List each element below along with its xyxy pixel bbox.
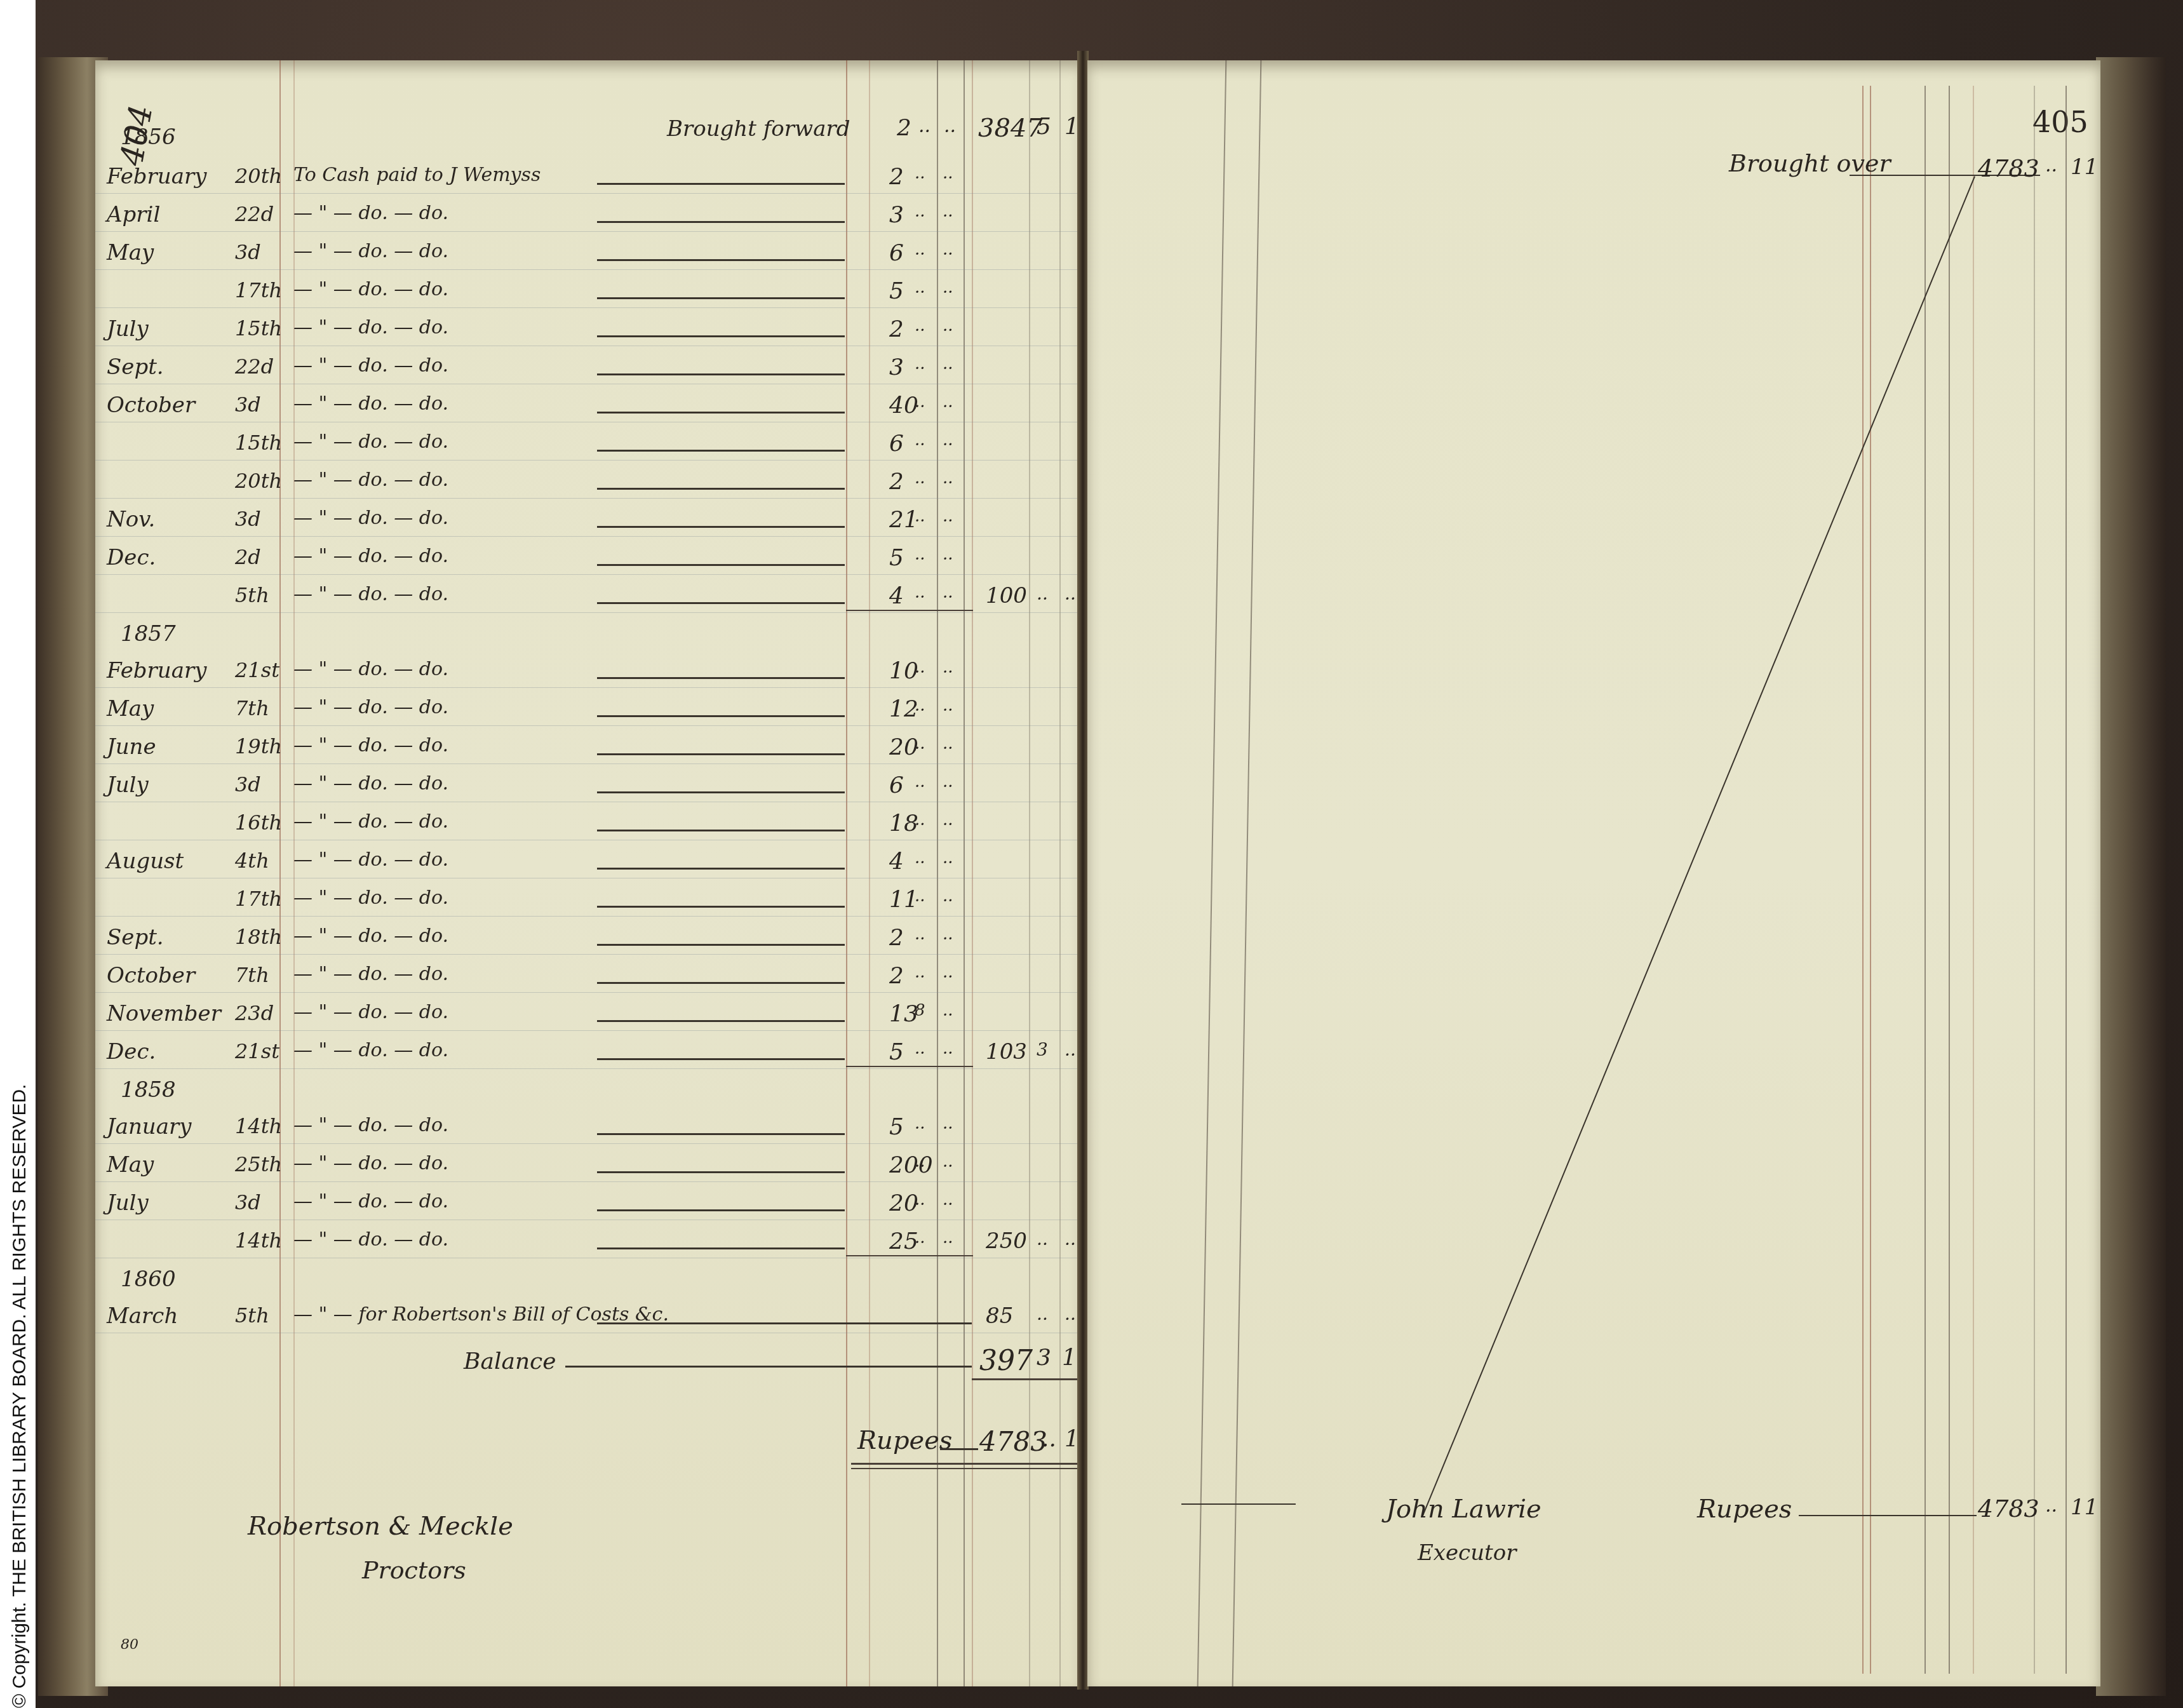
entry-day: 3d [235,1190,261,1214]
entry-leader-line [597,1020,845,1022]
entry-leader-line [597,715,845,717]
entry-day: 25th [235,1152,282,1176]
entry-day: 3d [235,772,261,797]
column-rule-right-2 [1232,60,1262,1686]
entry-description: — " — do. — do. [293,734,448,756]
entry-month: July [107,772,149,798]
entry-annas: .. [915,469,925,488]
entry-pice: .. [943,164,953,183]
entry-leader-line [597,982,845,984]
ledger-row-rule [95,725,1083,726]
ledger-row-rule [95,422,1083,422]
balance-underline [972,1378,1080,1380]
entry-annas: .. [915,1228,925,1247]
entry-pice: .. [943,1114,953,1133]
entry-description: — " — do. — do. [293,469,448,491]
entry-description: — " — do. — do. [293,545,448,567]
entry-pice: .. [943,545,953,564]
entry-day: 4th [235,849,269,873]
subtotal-pice: .. [1065,1039,1076,1060]
column-rule-right-6 [1949,86,1950,1674]
entry-description: To Cash paid to J Wemyss [293,164,541,186]
ledger-row-rule [95,687,1083,688]
entry-leader-line [597,1209,845,1211]
entry-rupees: 5 [889,1114,904,1140]
column-rule-right-9 [2065,86,2067,1674]
entry-day: 19th [235,734,282,758]
entry-description: — " — do. — do. [293,887,448,909]
ledger-row-rule [95,1220,1083,1220]
entry-pice: .. [943,734,953,753]
entry-day: 22d [235,202,274,226]
entry-description: — " — do. — do. [293,810,448,833]
ledger-row-rule [95,1030,1083,1031]
entry-description: — " — do. — do. [293,393,448,415]
ledger-row-rule [95,269,1083,270]
entry-pice: .. [943,354,953,373]
right-total-label: Rupees [1697,1495,1792,1524]
executor-signature: John Lawrie [1386,1495,1542,1524]
entry-rupees: 40 [889,393,918,419]
ledger-row-rule [95,460,1083,461]
entry-day: 5th [235,1303,269,1328]
entry-rupees: 21 [889,507,918,533]
entry-rupees: 11 [889,887,918,913]
total-label: Rupees [857,1426,952,1455]
entry-rupees: 200 [889,1152,933,1178]
subtotal-pice: .. [1065,1228,1076,1249]
entry-leader-line [597,830,845,831]
entry-day: 21st [235,658,279,682]
entry-pice: .. [943,1039,953,1058]
entry-day: 2d [235,545,261,569]
entry-pice: .. [943,1152,953,1171]
subtotal-annas: .. [1037,583,1048,604]
entry-pice: .. [943,1001,953,1020]
entry-leader-line [597,1058,845,1060]
entry-month: Dec. [107,545,156,570]
entry-leader-line [597,297,845,299]
entry-annas: .. [915,849,925,868]
right-total-leader-line [1799,1515,1977,1516]
entry-rupees: 20 [889,734,918,760]
right-total-annas: .. [2045,1495,2057,1517]
entry-month: March [107,1303,178,1329]
entry-rupees: 2 [889,469,904,495]
entry-description: — " — do. — do. [293,583,448,605]
ledger-row-rule [95,1258,1083,1258]
entry-annas: .. [915,658,925,677]
entry-pice: .. [943,278,953,297]
year-heading: 1860 [121,1267,176,1292]
entry-month: Dec. [107,1039,156,1065]
column-rule-right-8 [2034,86,2035,1674]
entry-pice: .. [943,1190,953,1209]
column-rule-rupees [846,60,847,1686]
entry-pice: .. [943,240,953,259]
entry-pice: .. [943,583,953,602]
brought-over-label: Brought over [1729,149,1891,177]
entry-annas: .. [915,925,925,944]
entry-description: — " — do. — do. [293,1190,448,1213]
entry-description: — " — do. — do. [293,1114,448,1136]
total-double-underline-1 [851,1463,1080,1465]
entry-leader-line [597,677,845,679]
ledger-row-rule [95,1181,1083,1182]
entry-rupees: 2 [889,925,904,951]
year-heading: 1856 [121,124,176,150]
footer-mark: 80 [121,1637,138,1653]
entry-description: — " — do. — do. [293,925,448,947]
balance-leader-line [565,1366,972,1368]
entry-rupees: 25 [889,1228,918,1254]
ledger-page-right: 405 Brought over 4783 .. 11 John Lawrie … [1087,60,2100,1686]
entry-leader-line [597,1247,845,1249]
entry-day: 21st [235,1039,279,1063]
column-rule-right-3 [1862,86,1864,1674]
entry-description: — " — do. — do. [293,696,448,718]
entry-annas: .. [915,1039,925,1058]
total-leader-line [940,1448,978,1450]
entry-annas: .. [915,316,925,335]
entry-pice: .. [943,772,953,791]
entry-pice: .. [943,202,953,221]
entry-annas: .. [915,354,925,373]
entry-month: Sept. [107,354,164,380]
entry-day: 16th [235,810,282,835]
entry-annas: .. [915,1114,925,1133]
entry-leader-line [597,1133,845,1135]
ledger-row-rule [95,384,1083,384]
subtotal-rule [846,1255,973,1256]
entry-rupees: 3 [889,202,904,228]
cancellation-diagonal-line [1422,176,1975,1516]
entry-day: 7th [235,963,269,987]
entry-annas: .. [915,545,925,564]
copyright-notice: © Copyright. THE BRITISH LIBRARY BOARD. … [9,1009,30,1708]
margin-rule-day [293,60,295,1686]
margin-rule-date [279,60,281,1686]
entry-pice: .. [943,1228,953,1247]
entry-annas: .. [915,696,925,715]
entry-month: Nov. [107,507,155,532]
entry-day: 15th [235,431,282,455]
ledger-row-rule [95,536,1083,537]
entry-annas: .. [915,240,925,259]
entry-leader-line [597,602,845,604]
subtotal-annas: .. [1037,1228,1048,1249]
brought-forward-rupees: 2 [897,115,911,141]
entry-pice: .. [943,810,953,830]
entry-day: 3d [235,240,261,264]
year-heading: 1857 [121,621,176,647]
entry-pice: .. [943,696,953,715]
entry-month: January [107,1114,191,1140]
entry-rupees: 3 [889,354,904,380]
ledger-row-rule [95,612,1083,613]
entry-leader-line [597,335,845,337]
total-annas: .. [1042,1426,1056,1452]
cancellation-base-line [1181,1503,1296,1505]
ledger-row-rule [95,307,1083,308]
subtotal-rupees: 85 [986,1303,1013,1329]
right-page-edges [2096,57,2166,1696]
entry-rupees: 18 [889,810,918,837]
entry-annas: .. [915,1152,925,1171]
executor-title: Executor [1418,1540,1516,1566]
entry-rupees: 12 [889,696,918,722]
entry-day: 17th [235,887,282,911]
entry-day: 17th [235,278,282,302]
entry-leader-line [597,868,845,870]
entry-rupees: 10 [889,658,918,684]
signature-firm: Robertson & Meckle [248,1512,513,1541]
ledger-row-rule [95,802,1083,802]
brought-over-pice: 11 [2071,154,2098,180]
ledger-page-left: 404 Brought forward 2 .. .. 3847 5 1 185… [95,60,1083,1686]
entry-month: November [107,1001,221,1026]
entry-description: — " — do. — do. [293,278,448,300]
entry-description: — " — do. — do. [293,658,448,680]
entry-rupees: 4 [889,849,904,875]
entry-annas: .. [915,1190,925,1209]
entry-rupees: 5 [889,1039,904,1065]
brought-forward-pice: .. [944,115,956,137]
subtotal-annas: 3 [1037,1039,1048,1060]
column-rule-total-pice [1059,60,1061,1686]
signature-title: Proctors [362,1556,466,1584]
entry-rupees: 13 [889,1001,918,1027]
entry-day: 14th [235,1228,282,1253]
entry-leader-line [597,183,845,185]
ledger-row-rule [95,574,1083,575]
total-double-underline-2 [851,1468,1080,1469]
entry-month: February [107,658,207,683]
entry-leader-line [597,526,845,528]
entry-annas: .. [915,734,925,753]
entry-description: — " — do. — do. [293,1228,448,1251]
entry-rupees: 2 [889,963,904,989]
entry-month: April [107,202,160,227]
entry-day: 18th [235,925,282,949]
ledger-row-rule [95,1143,1083,1144]
entry-pice: .. [943,507,953,526]
entry-day: 20th [235,469,282,493]
entry-day: 7th [235,696,269,720]
column-rule-right-5 [1924,86,1926,1674]
entry-description: — " — do. — do. [293,1152,448,1174]
entry-rupees: 2 [889,316,904,342]
ledger-row-rule [95,992,1083,993]
ledger-row-rule [95,916,1083,917]
entry-description: — " — do. — do. [293,316,448,339]
entry-day: 3d [235,507,261,531]
entry-description: — " — do. — do. [293,849,448,871]
entry-month: July [107,316,149,342]
entry-pice: .. [943,393,953,412]
subtotal-pice: .. [1065,583,1076,604]
entry-rupees: 6 [889,772,904,798]
subtotal-rupees: 103 [986,1039,1027,1065]
entry-pice: .. [943,469,953,488]
entry-month: August [107,849,184,874]
entry-month: October [107,393,195,418]
entry-annas: .. [915,507,925,526]
entry-leader-line [597,259,845,261]
entry-leader-line [597,488,845,490]
entry-description: — " — do. — do. [293,354,448,377]
entry-description: — " — do. — do. [293,963,448,985]
year-heading: 1858 [121,1077,176,1103]
entry-description: — " — do. — do. [293,240,448,262]
subtotal-rule [846,1066,973,1067]
column-rule-total [972,60,973,1686]
entry-pice: .. [943,316,953,335]
entry-annas: .. [915,202,925,221]
brought-forward-label: Brought forward [667,116,850,142]
entry-pice: .. [943,658,953,677]
entry-pice: .. [943,431,953,450]
ledger-row-rule [95,878,1083,878]
entry-month: May [107,696,154,722]
column-rule-right-7 [1973,86,1974,1674]
entry-leader-line [597,564,845,566]
column-rule-right-1 [1197,60,1227,1686]
entry-description: — " — do. — do. [293,202,448,224]
entry-day: 3d [235,393,261,417]
entry-month: June [107,734,156,760]
entry-leader-line [597,944,845,946]
brought-over-rupees: 4783 [1978,154,2039,182]
entry-rupees: 4 [889,583,904,609]
entry-description: — " — do. — do. [293,431,448,453]
entry-rupees: 20 [889,1190,918,1216]
entry-rupees: 6 [889,240,904,266]
total-rupees: 4783 [979,1426,1047,1457]
ledger-row-rule [95,840,1083,840]
folio-number-right: 405 [2032,105,2088,139]
ledger-row-rule [95,1068,1083,1069]
entry-leader-line [597,906,845,908]
ledger-row-rule [95,231,1083,232]
right-total-rupees: 4783 [1978,1495,2039,1523]
subtotal-rupees: 100 [986,583,1027,609]
entry-month: May [107,240,154,266]
entry-day: 14th [235,1114,282,1138]
ledger-row-rule [95,193,1083,194]
subtotal-rule [846,610,973,611]
ledger-row-rule [95,763,1083,764]
entry-description: — " — do. — do. [293,507,448,529]
entry-month: May [107,1152,154,1178]
entry-pice: .. [943,925,953,944]
subtotal-rupees: 250 [986,1228,1027,1254]
brought-over-annas: .. [2045,154,2057,177]
entry-description: — " — do. — do. [293,772,448,795]
entry-description: — " — do. — do. [293,1001,448,1023]
entry-annas: .. [915,810,925,830]
ledger-row-rule [95,346,1083,346]
balance-annas: 3 [1037,1345,1051,1371]
balance-label: Balance [464,1348,556,1375]
copyright-strip: © Copyright. THE BRITISH LIBRARY BOARD. … [0,0,36,1708]
ledger-row-rule [95,1333,1083,1333]
entry-day: 5th [235,583,269,607]
entry-annas: .. [915,963,925,982]
right-total-pice: 11 [2071,1495,2098,1520]
entry-annas: .. [915,164,925,183]
entry-pice: .. [943,887,953,906]
entry-day: 22d [235,354,274,379]
column-rule-right-4 [1870,86,1871,1674]
entry-annas: .. [915,431,925,450]
entry-leader-line [597,450,845,452]
brought-forward-total-annas: 5 [1037,114,1051,140]
ledger-row-rule [95,954,1083,955]
entry-pice: .. [943,963,953,982]
entry-annas: .. [915,278,925,297]
entry-day: 20th [235,164,282,188]
entry-leader-line [597,753,845,755]
brought-forward-total-rupees: 3847 [978,114,1043,143]
entry-rupees: 6 [889,431,904,457]
entry-leader-line [597,791,845,793]
entry-annas: .. [915,393,925,412]
entry-annas: .. [915,583,925,602]
entry-month: Sept. [107,925,164,950]
entry-annas: .. [915,887,925,906]
brought-forward-annas: .. [918,115,930,137]
column-rule-pice [964,60,965,1686]
entry-month: October [107,963,195,988]
entry-month: July [107,1190,149,1216]
entry-annas: .. [915,772,925,791]
subtotal-pice: .. [1065,1303,1076,1324]
entry-month: February [107,164,207,189]
entry-leader-line [597,1322,972,1324]
entry-day: 15th [235,316,282,340]
entry-annas: 8 [915,1001,925,1020]
entry-rupees: 2 [889,164,904,190]
entry-description: — " — do. — do. [293,1039,448,1061]
entry-rupees: 5 [889,278,904,304]
ledger-row-rule [95,498,1083,499]
entry-leader-line [597,1171,845,1173]
entry-leader-line [597,373,845,375]
entry-leader-line [597,221,845,223]
entry-pice: .. [943,849,953,868]
entry-rupees: 5 [889,545,904,571]
entry-leader-line [597,412,845,414]
entry-day: 23d [235,1001,274,1025]
balance-rupees: 397 [979,1345,1033,1377]
subtotal-annas: .. [1037,1303,1048,1324]
